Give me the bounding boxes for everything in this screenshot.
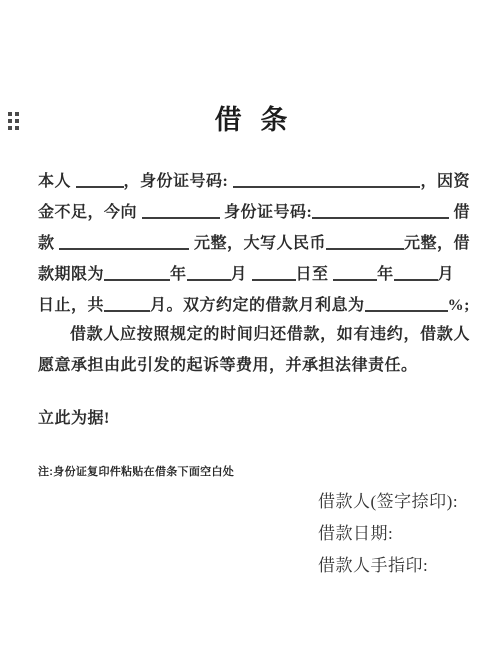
closing-statement: 立此为据!	[38, 408, 470, 430]
fill-in-line: 款 元整，大写人民币元整，借	[38, 224, 470, 255]
blank-field	[233, 186, 421, 188]
text-segment: 日止，共	[38, 295, 104, 317]
text-segment: 月	[438, 264, 455, 286]
signature-line: 借款人手指印:	[318, 550, 470, 582]
document-page: 借 条 本人 ，身份证号码: ，因资金不足，今向 身份证号码: 借款 元整，大写…	[0, 0, 500, 652]
blank-field	[326, 248, 404, 250]
blank-field	[142, 217, 220, 219]
blank-field	[252, 279, 296, 281]
text-segment: 借	[449, 202, 470, 224]
drag-handle-icon[interactable]	[8, 112, 19, 130]
blank-field	[394, 279, 438, 281]
text-segment: ，身份证号码:	[124, 171, 233, 193]
note-text: 注:身份证复印件粘贴在借条下面空白处	[38, 463, 470, 479]
text-segment: 元整，借	[404, 233, 470, 255]
blank-field	[187, 279, 231, 281]
text-segment: 年	[377, 264, 394, 286]
fill-in-line: 日止，共月。双方约定的借款月利息为%;	[38, 286, 470, 317]
blank-field	[59, 248, 189, 250]
fill-in-line: 金不足，今向 身份证号码: 借	[38, 193, 470, 224]
text-segment: %;	[448, 295, 470, 317]
text-segment: 日至	[296, 264, 334, 286]
text-segment: 元整，大写人民币	[189, 233, 326, 255]
text-segment: 年	[170, 264, 187, 286]
signature-line: 借款日期:	[318, 518, 470, 550]
fill-in-line: 款期限为年月 日至 年月	[38, 255, 470, 286]
signature-line: 借款人(签字捺印):	[318, 486, 470, 518]
blank-field	[312, 217, 449, 219]
fill-in-line: 本人 ，身份证号码: ，因资	[38, 162, 470, 193]
text-segment: 金不足，今向	[38, 202, 142, 224]
text-segment: 款期限为	[38, 264, 104, 286]
text-segment: 月。双方约定的借款月利息为	[150, 295, 365, 317]
signature-block: 借款人(签字捺印):借款日期:借款人手指印:	[318, 486, 470, 582]
document-title: 借 条	[38, 104, 470, 136]
blank-field	[104, 310, 150, 312]
text-segment: 月	[231, 264, 252, 286]
blank-field	[365, 310, 448, 312]
text-segment: 本人	[38, 171, 76, 193]
liability-paragraph: 借款人应按照规定的时间归还借款，如有违约，借款人愿意承担由此引发的起诉等费用，并…	[38, 319, 470, 381]
blank-field	[76, 186, 124, 188]
blank-field	[333, 279, 377, 281]
text-segment: 款	[38, 233, 59, 255]
iou-document: 借 条 本人 ，身份证号码: ，因资金不足，今向 身份证号码: 借款 元整，大写…	[38, 104, 470, 582]
text-segment: ，因资	[420, 171, 470, 193]
blank-field	[104, 279, 170, 281]
fill-in-lines: 本人 ，身份证号码: ，因资金不足，今向 身份证号码: 借款 元整，大写人民币元…	[38, 162, 470, 317]
text-segment: 身份证号码:	[220, 202, 313, 224]
